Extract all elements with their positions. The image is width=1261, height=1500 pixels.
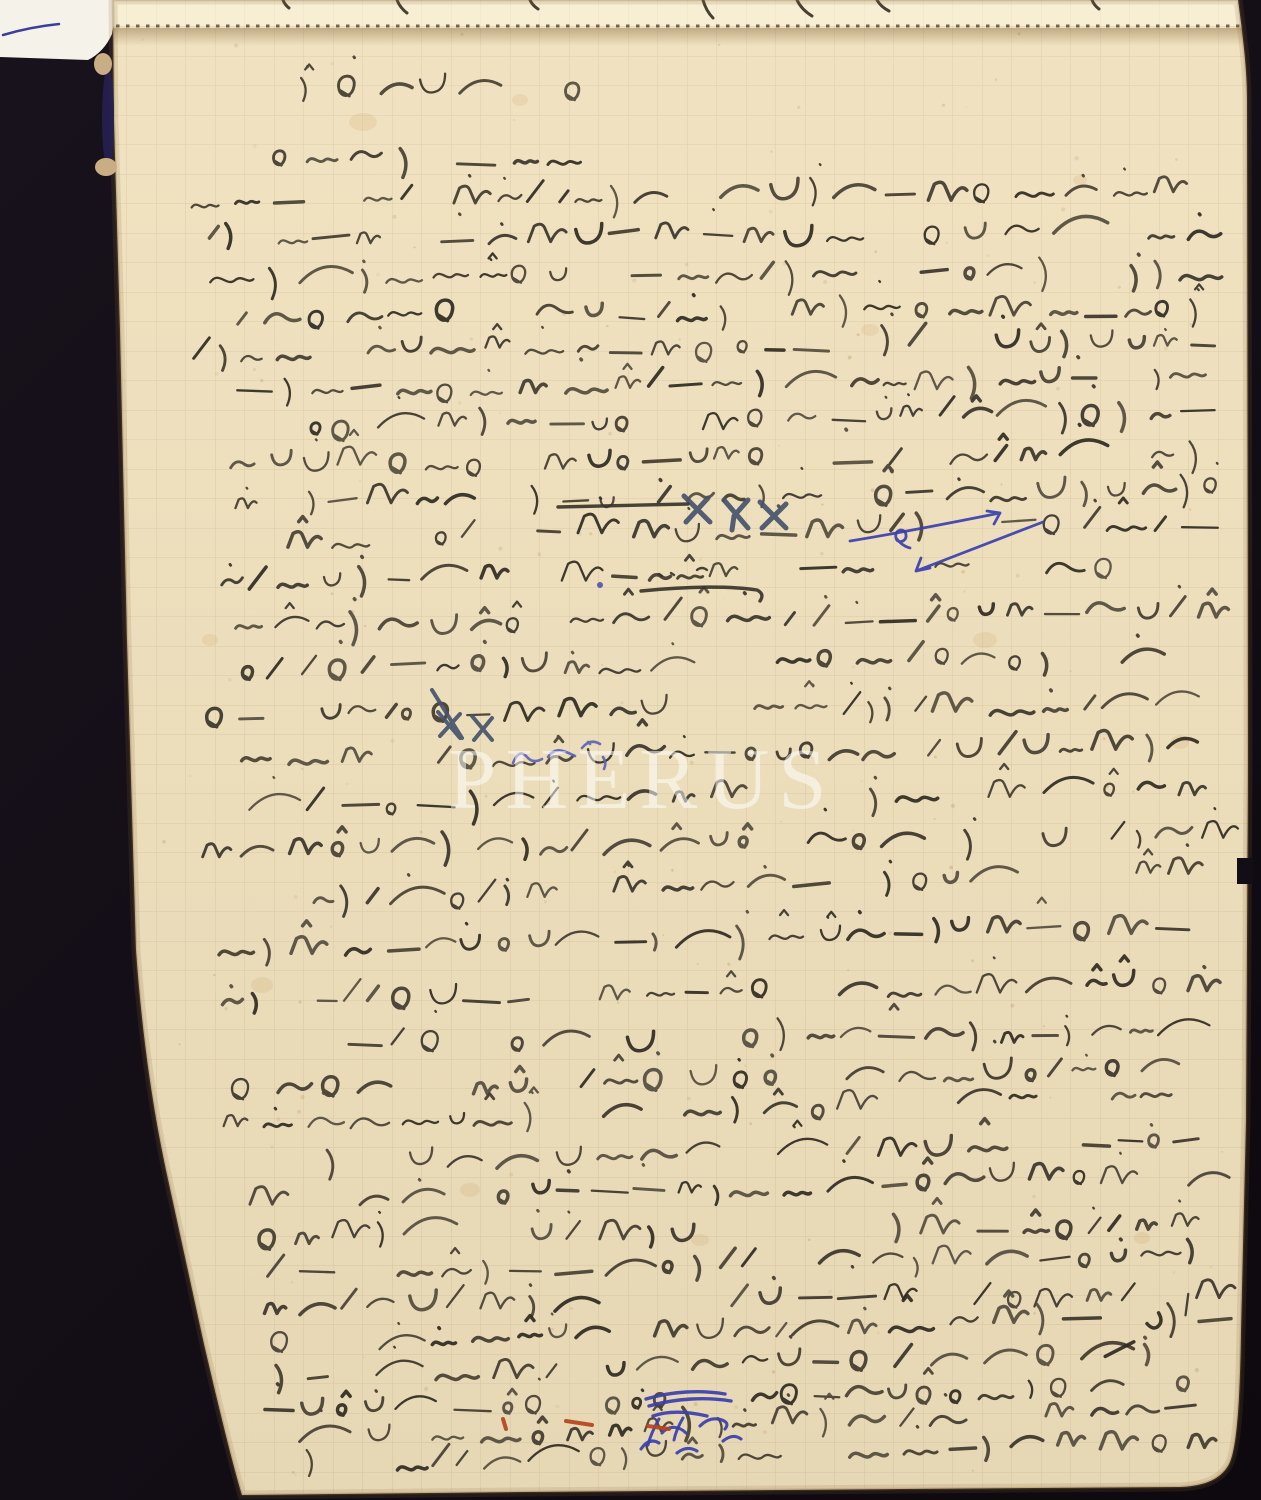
corner-slip [0,0,118,60]
manuscript-page-svg [0,0,1261,1500]
edge-notch [1237,858,1253,884]
scanned-manuscript: PHERUS [0,0,1261,1500]
